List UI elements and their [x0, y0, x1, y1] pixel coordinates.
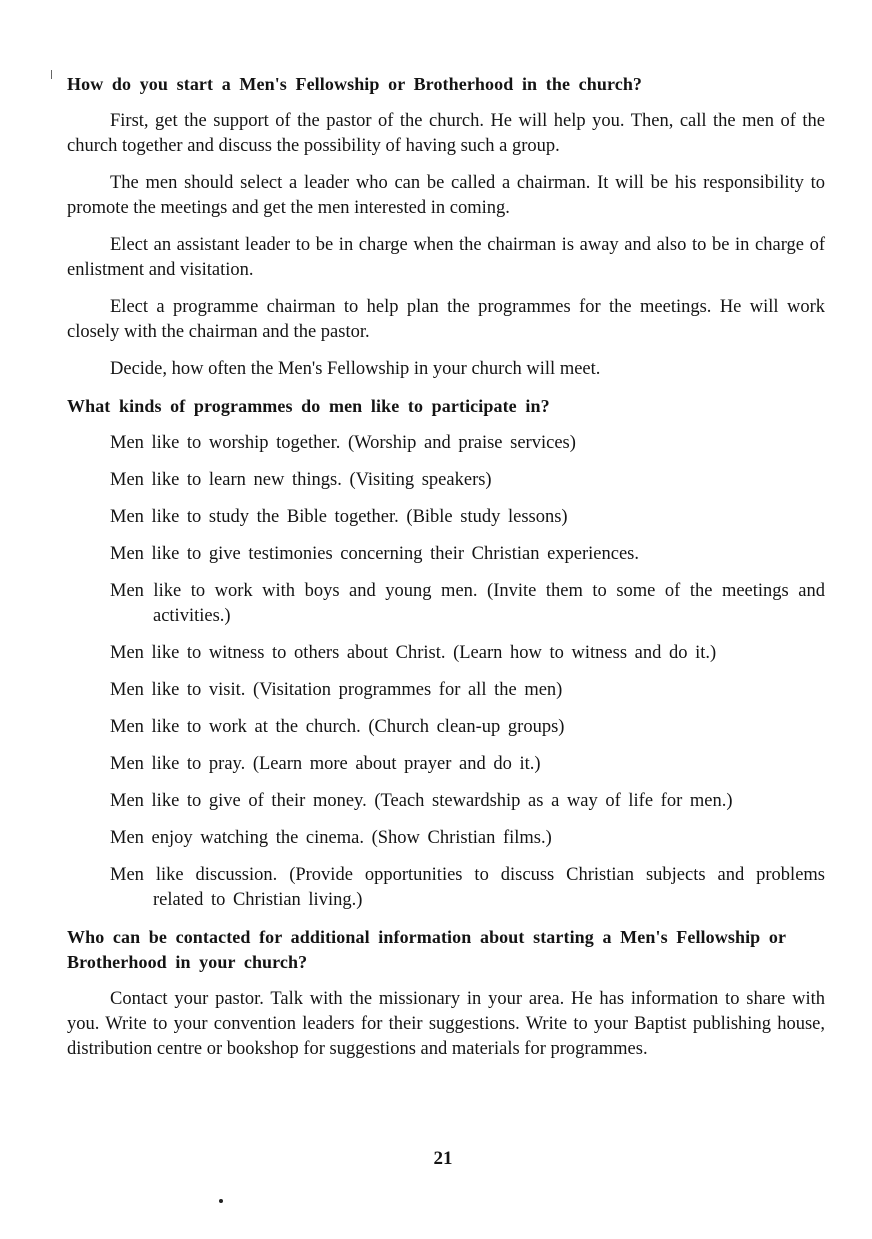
scan-speck — [219, 1199, 223, 1203]
scan-mark — [51, 70, 52, 79]
list-item: Men like to pray. (Learn more about pray… — [67, 752, 825, 777]
list-item: Men like to give of their money. (Teach … — [67, 789, 825, 814]
paragraph: Elect an assistant leader to be in charg… — [67, 233, 825, 283]
section-heading-programmes: What kinds of programmes do men like to … — [67, 394, 825, 419]
paragraph: First, get the support of the pastor of … — [67, 109, 825, 159]
list-item: Men like to witness to others about Chri… — [67, 641, 825, 666]
list-item: Men like to work at the church. (Church … — [67, 715, 825, 740]
list-item: Men like to visit. (Visitation programme… — [67, 678, 825, 703]
list-item: Men like to worship together. (Worship a… — [67, 431, 825, 456]
programme-list: Men like to worship together. (Worship a… — [67, 431, 825, 913]
list-item: Men like to give testimonies concerning … — [67, 542, 825, 567]
section-heading-start-fellowship: How do you start a Men's Fellowship or B… — [67, 72, 825, 97]
document-page: How do you start a Men's Fellowship or B… — [67, 72, 825, 1062]
paragraph: The men should select a leader who can b… — [67, 171, 825, 221]
page-number: 21 — [0, 1147, 872, 1171]
paragraph: Decide, how often the Men's Fellowship i… — [67, 357, 825, 382]
paragraph: Elect a programme chairman to help plan … — [67, 295, 825, 345]
paragraph: Contact your pastor. Talk with the missi… — [67, 987, 825, 1062]
list-item: Men like discussion. (Provide opportunit… — [67, 863, 825, 913]
list-item: Men like to work with boys and young men… — [67, 579, 825, 629]
section-heading-contacts: Who can be contacted for additional info… — [67, 925, 825, 975]
list-item: Men enjoy watching the cinema. (Show Chr… — [67, 826, 825, 851]
list-item: Men like to study the Bible together. (B… — [67, 505, 825, 530]
list-item: Men like to learn new things. (Visiting … — [67, 468, 825, 493]
